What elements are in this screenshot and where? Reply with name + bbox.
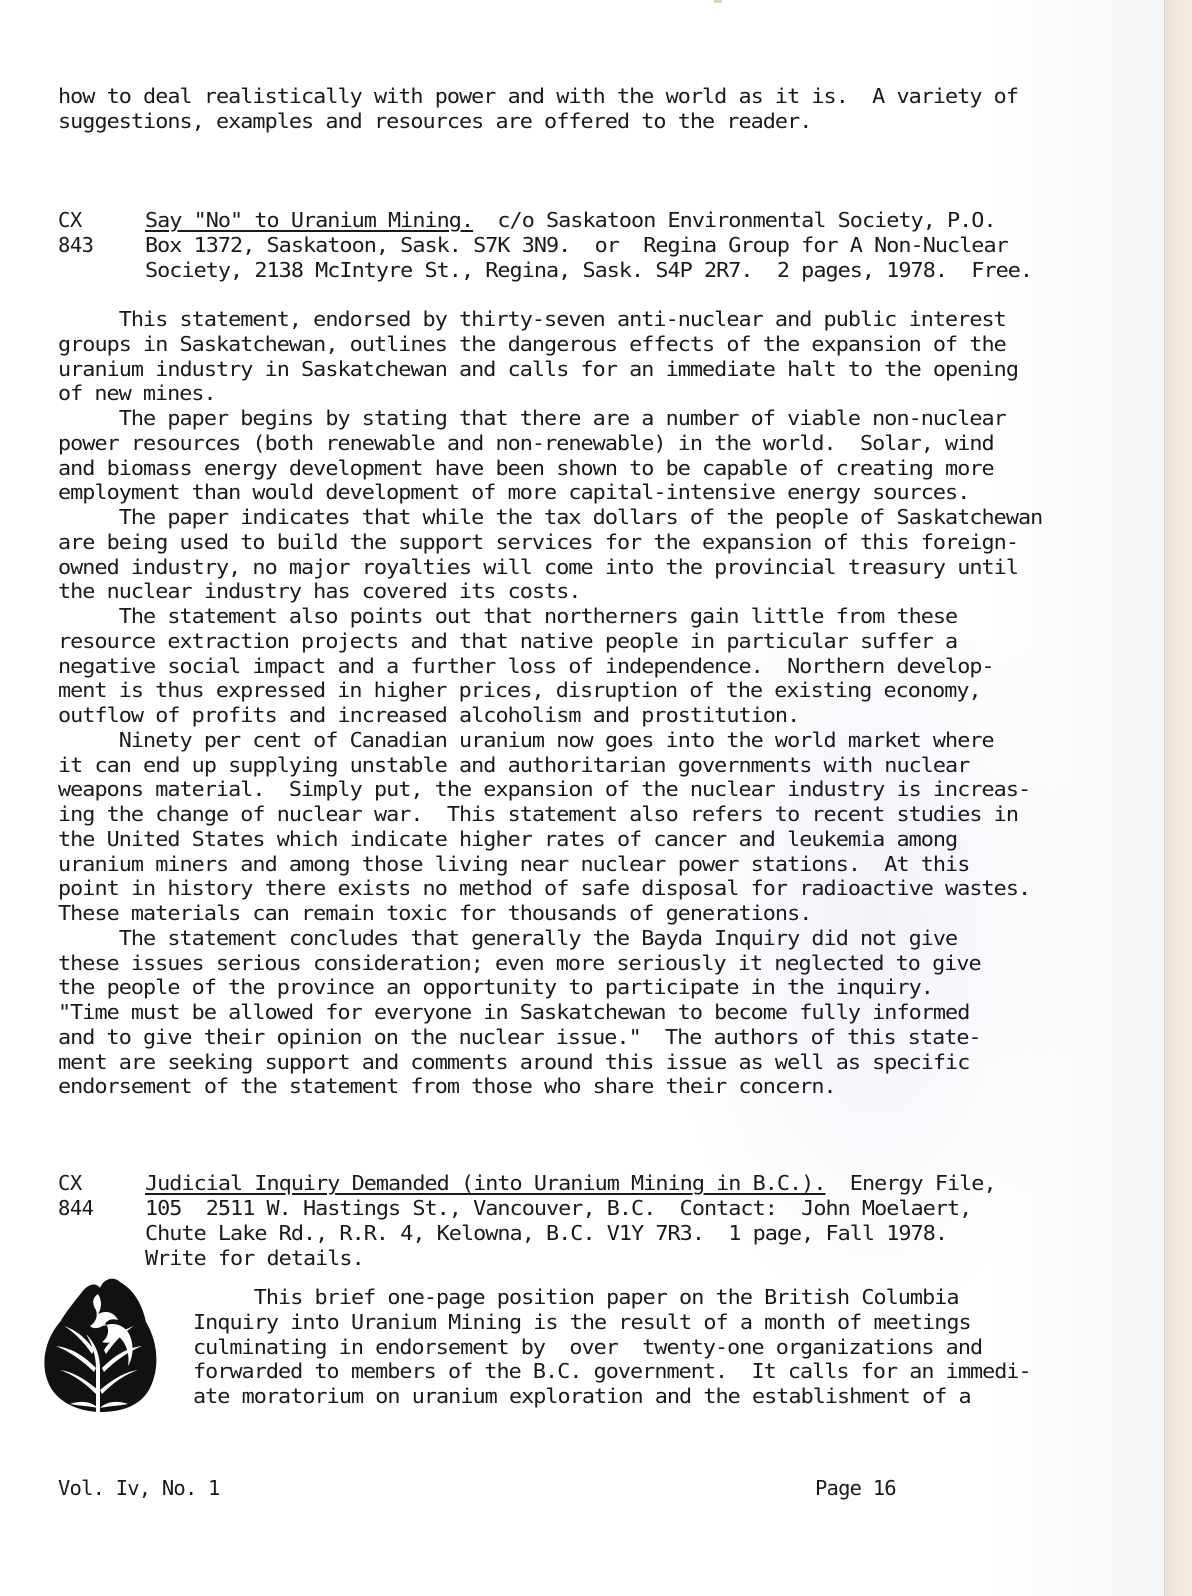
body-line: weapons material. Simply put, the expans… [58,777,1030,802]
entry-title: Judicial Inquiry Demanded (into Uranium … [145,1171,825,1195]
body-line: This brief one-page position paper on th… [193,1285,959,1310]
body-line: endorsement of the statement from those … [58,1074,836,1099]
body-line: uranium miners and among those living ne… [58,852,969,877]
body-line: these issues serious consideration; even… [58,951,981,976]
body-line: ing the change of nuclear war. This stat… [58,802,1018,827]
body-line: of new mines. [58,381,216,406]
body-line: and to give their opinion on the nuclear… [58,1025,981,1050]
intro-line: how to deal realistically with power and… [58,84,1018,109]
entry-citation: c/o Saskatoon Environmental Society, P.O… [473,208,996,232]
body-line: ment is thus expressed in higher prices,… [58,678,981,703]
page-edge-shadow [1164,0,1192,1596]
entry-title: Say "No" to Uranium Mining. [145,208,473,232]
body-line: negative social impact and a further los… [58,654,994,679]
phoenix-flame-leaf-icon [42,1272,160,1412]
entry-heading: Say "No" to Uranium Mining. c/o Saskatoo… [145,208,996,233]
entry-code-prefix: CX [58,1171,82,1196]
body-line: uranium industry in Saskatchewan and cal… [58,357,1018,382]
body-line: outflow of profits and increased alcohol… [58,703,799,728]
body-line: resource extraction projects and that na… [58,629,957,654]
entry-code-number: 843 [58,233,94,258]
body-line: ate moratorium on uranium exploration an… [193,1384,971,1409]
body-line: owned industry, no major royalties will … [58,555,1018,580]
entry-citation: Society, 2138 McIntyre St., Regina, Sask… [145,258,1032,283]
body-line: The statement also points out that north… [58,604,957,629]
body-line: it can end up supplying unstable and aut… [58,753,969,778]
body-line: point in history there exists no method … [58,876,1030,901]
body-line: culminating in endorsement by over twent… [193,1335,982,1360]
body-line: forwarded to members of the B.C. governm… [193,1359,1031,1384]
body-line: employment than would development of mor… [58,480,969,505]
body-line: The statement concludes that generally t… [58,926,957,951]
body-line: the people of the province an opportunit… [58,975,933,1000]
footer-page-number: Page 16 [815,1476,896,1501]
body-line: the nuclear industry has covered its cos… [58,579,581,604]
body-line: The paper indicates that while the tax d… [58,505,1042,530]
entry-citation: Chute Lake Rd., R.R. 4, Kelowna, B.C. V1… [145,1221,947,1246]
entry-code-number: 844 [58,1196,94,1221]
entry-code-prefix: CX [58,208,82,233]
entry-citation: 105 2511 W. Hastings St., Vancouver, B.C… [145,1196,971,1221]
body-line: These materials can remain toxic for tho… [58,901,811,926]
body-line: are being used to build the support serv… [58,530,1018,555]
body-line: power resources (both renewable and non-… [58,431,994,456]
body-line: This statement, endorsed by thirty-seven… [58,307,1006,332]
entry-heading: Judicial Inquiry Demanded (into Uranium … [145,1171,996,1196]
body-line: Inquiry into Uranium Mining is the resul… [193,1310,971,1335]
body-line: Ninety per cent of Canadian uranium now … [58,728,994,753]
body-line: the United States which indicate higher … [58,827,957,852]
footer-volume: Vol. Iv, No. 1 [58,1476,220,1501]
staple-mark [714,0,722,3]
intro-line: suggestions, examples and resources are … [58,109,811,134]
entry-citation: Box 1372, Saskatoon, Sask. S7K 3N9. or R… [145,233,1008,258]
body-line: "Time must be allowed for everyone in Sa… [58,1000,969,1025]
body-line: and biomass energy development have been… [58,456,994,481]
body-line: The paper begins by stating that there a… [58,406,1006,431]
entry-citation: Write for details. [145,1246,364,1271]
entry-citation: Energy File, [825,1171,995,1195]
body-line: ment are seeking support and comments ar… [58,1050,969,1075]
body-line: groups in Saskatchewan, outlines the dan… [58,332,1006,357]
